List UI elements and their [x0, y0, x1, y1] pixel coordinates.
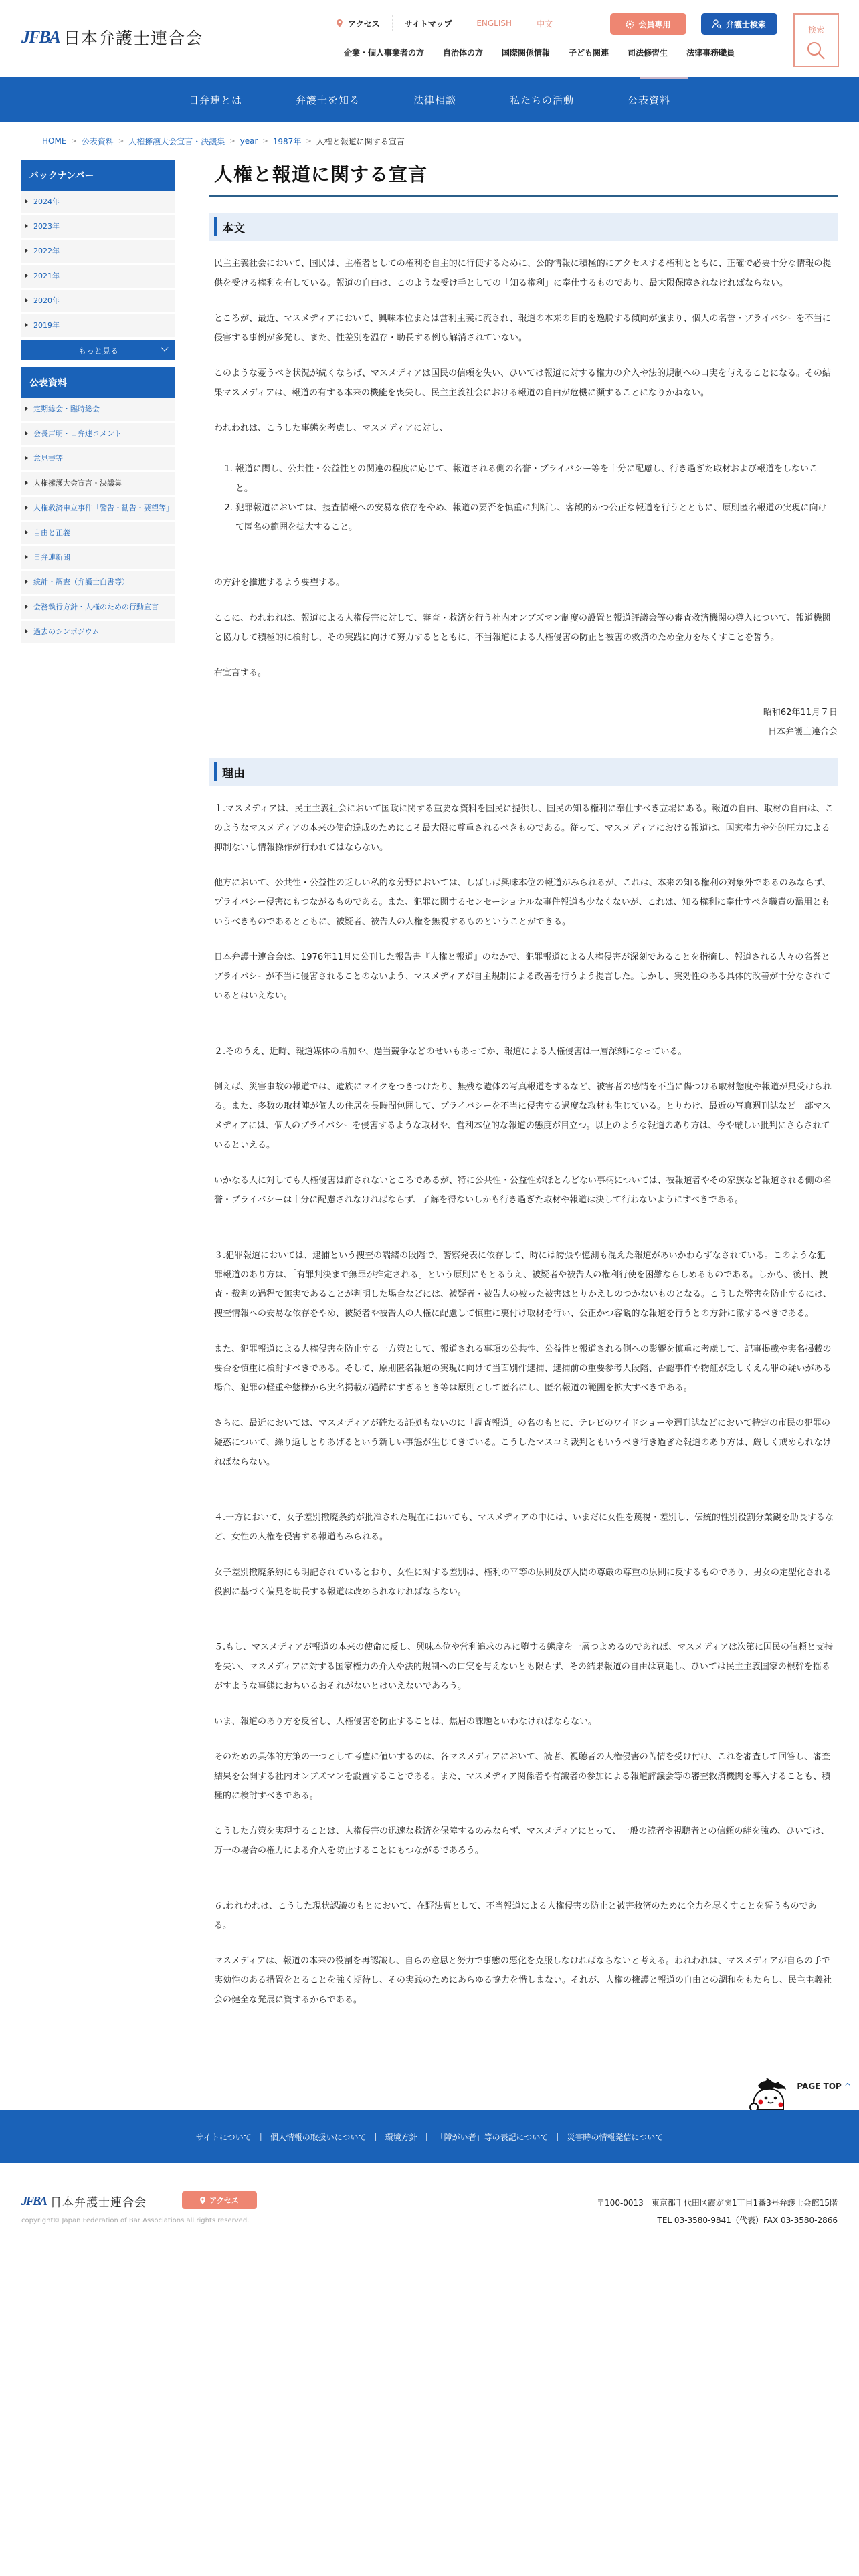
pub-label: 会務執行方針・人権のための行動宣言	[33, 601, 159, 613]
section-heading-text: 本文	[222, 219, 245, 235]
pub-item-newspaper[interactable]: 日弁連新聞	[21, 546, 175, 571]
heading-accent-bar	[214, 762, 217, 781]
util-link-chinese[interactable]: 中文	[524, 15, 565, 31]
pub-item-opinions[interactable]: 意見書等	[21, 447, 175, 472]
gear-icon	[626, 20, 634, 29]
section-heading-honbun: 本文	[209, 213, 838, 241]
paragraph: いかなる人に対しても人権侵害は許されないところであるが、特に公共性・公益性がほと…	[209, 1171, 838, 1210]
site-search-button[interactable]: 検索	[793, 13, 839, 67]
show-more-label: もっと見る	[78, 345, 118, 356]
year-label: 2023年	[33, 221, 60, 233]
breadcrumb-current: 人権と報道に関する宣言	[316, 136, 405, 147]
section-heading-riyu: 理由	[209, 758, 838, 786]
sidebar: バックナンバー 2024年 2023年 2022年 2021年 2020年 20…	[21, 160, 175, 2010]
declaration-signer: 日本弁護士連合会	[214, 722, 838, 742]
footer-bottom: JFBA 日本弁護士連合会 アクセス copyright© Japan Fede…	[0, 2163, 859, 2224]
paragraph: 右宣言する。	[209, 663, 838, 683]
caret-right-icon	[25, 555, 28, 559]
paragraph: 女子差別撤廃条約にも明記されているとおり、女性に対する差別は、権利の平等の原則及…	[209, 1563, 838, 1602]
paragraph: ６.われわれは、こうした現状認識のもとにおいて、在野法曹として、不当報道による人…	[209, 1897, 838, 1935]
nav-legal-consultation[interactable]: 法律相談	[387, 93, 483, 107]
backnumber-heading: バックナンバー	[21, 160, 175, 191]
paragraph: ４.一方において、女子差別撤廃条約が批准された現在においても、マスメディアの中に…	[209, 1508, 838, 1547]
paragraph: 他方において、公共性・公益性の乏しい私的な分野においては、しばしば興味本位の報道…	[209, 873, 838, 932]
publications-heading: 公表資料	[21, 367, 175, 398]
footer-site-name: 日本弁護士連合会	[50, 2193, 147, 2210]
caret-right-icon	[25, 298, 28, 302]
postal-address: 〒100-0013 東京都千代田区霞が関1丁目1番3号弁護士会館15階	[597, 2194, 838, 2212]
lawyer-search-button[interactable]: 弁護士検索	[701, 13, 777, 35]
heading-accent-bar	[214, 217, 217, 236]
lawyer-search-label: 弁護士検索	[726, 19, 766, 30]
breadcrumb-separator: >	[118, 138, 124, 145]
breadcrumb-1987[interactable]: 1987年	[273, 136, 302, 147]
util-link-english[interactable]: ENGLISH	[464, 15, 524, 31]
site-header: JFBA 日本弁護士連合会 アクセス サイトマップ ENGLISH 中文 会員専…	[0, 0, 859, 77]
member-only-label: 会員専用	[638, 19, 670, 30]
footer-separator: |	[556, 2132, 559, 2141]
breadcrumb-separator: >	[71, 138, 76, 145]
audience-link-business[interactable]: 企業・個人事業者の方	[335, 47, 434, 58]
paragraph: ２.そのうえ、近時、報道媒体の増加や、過当競争などのせいもあってか、報道による人…	[209, 1042, 838, 1061]
audience-nav: 企業・個人事業者の方 自治体の方 国際関係情報 子ども関連 司法修習生 法律事務…	[335, 47, 744, 58]
pub-label: 過去のシンポジウム	[33, 626, 100, 638]
pub-label: 会長声明・日弁連コメント	[33, 428, 122, 440]
audience-link-legal-staff[interactable]: 法律事務職員	[677, 47, 744, 58]
footer-link-disability-notation[interactable]: 「障がい者」等の表記について	[436, 2131, 549, 2143]
year-item-2023[interactable]: 2023年	[21, 215, 175, 240]
caret-right-icon	[25, 629, 28, 633]
person-search-icon	[712, 19, 722, 29]
paragraph: われわれは、こうした事態を考慮し、マスメディアに対し、	[209, 419, 838, 438]
pub-item-declarations[interactable]: 人権擁護大会宣言・決議集	[21, 472, 175, 497]
caret-right-icon	[25, 323, 28, 327]
paragraph: 民主主義社会において、国民は、主権者としての権利を自主的に行使するために、公的情…	[209, 254, 838, 293]
member-only-button[interactable]: 会員専用	[610, 13, 686, 35]
page-top-area: PAGE TOP ^	[0, 2056, 859, 2110]
pub-label: 日弁連新聞	[33, 552, 70, 564]
caret-right-icon	[25, 274, 28, 278]
paragraph: そのための具体的方策の一つとして考慮に値いするのは、各マスメディアにおいて、読者…	[209, 1747, 838, 1806]
footer-separator: |	[260, 2132, 262, 2141]
util-link-label: アクセス	[348, 18, 380, 29]
caret-right-icon	[25, 224, 28, 228]
pub-item-policy[interactable]: 会務執行方針・人権のための行動宣言	[21, 596, 175, 621]
year-item-2022[interactable]: 2022年	[21, 240, 175, 265]
caret-right-icon	[25, 456, 28, 460]
paragraph: マスメディアは、報道の本来の役割を再認識し、自らの意思と努力で事態の悪化を克服し…	[209, 1951, 838, 2010]
audience-link-trainees[interactable]: 司法修習生	[618, 47, 677, 58]
mascot-icon	[746, 2076, 794, 2110]
pub-item-president-statements[interactable]: 会長声明・日弁連コメント	[21, 423, 175, 447]
signature-block: 昭和62年11月７日 日本弁護士連合会	[209, 703, 838, 742]
year-item-2020[interactable]: 2020年	[21, 290, 175, 314]
chevron-up-icon: ^	[844, 2082, 851, 2091]
paragraph: 日本弁護士連合会は、1976年11月に公刊した報告書『人権と報道』のなかで、犯罪…	[209, 948, 838, 1006]
year-list: 2024年 2023年 2022年 2021年 2020年 2019年	[21, 191, 175, 339]
page-layout: バックナンバー 2024年 2023年 2022年 2021年 2020年 20…	[0, 148, 859, 2010]
footer-access-button[interactable]: アクセス	[182, 2191, 257, 2209]
site-footer: サイトについて | 個人情報の取扱いについて | 環境方針 | 「障がい者」等の…	[0, 2110, 859, 2224]
copyright-text: copyright© Japan Federation of Bar Assoc…	[21, 2217, 249, 2224]
year-item-2024[interactable]: 2024年	[21, 191, 175, 215]
chevron-down-icon	[161, 344, 168, 351]
footer-link-disaster-info[interactable]: 災害時の情報発信について	[567, 2131, 663, 2143]
page-top-button[interactable]: PAGE TOP ^	[746, 2076, 851, 2110]
breadcrumb-publications[interactable]: 公表資料	[82, 136, 114, 147]
search-icon	[806, 41, 826, 61]
jfba-logo-mark: JFBA	[21, 2194, 46, 2208]
pub-label: 統計・調査（弁護士白書等）	[33, 576, 129, 588]
nav-active-indicator	[640, 77, 688, 79]
paragraph: １.マスメディアは、民主主義社会において国政に関する重要な資料を国民に提供し、国…	[209, 799, 838, 857]
list-item: 報道に関し、公共性・公益性との関連の程度に応じて、報道される側の名誉・プライバシ…	[235, 459, 834, 498]
pub-item-liberty-justice[interactable]: 自由と正義	[21, 522, 175, 546]
pub-label: 人権擁護大会宣言・決議集	[33, 477, 122, 490]
caret-right-icon	[25, 481, 28, 485]
paragraph: 例えば、災害事故の報道では、遺族にマイクをつきつけたり、無残な遺体の写真報道をす…	[209, 1077, 838, 1155]
paragraph: ５.もし、マスメディアが報道の本来の使命に反し、興味本位や営利追求のみに堕する態…	[209, 1638, 838, 1696]
breadcrumb-declarations[interactable]: 人権擁護大会宣言・決議集	[128, 136, 225, 147]
paragraph: また、犯罪報道による人権侵害を防止する一方策として、報道される事項の公共性、公益…	[209, 1339, 838, 1398]
paragraph: の方針を推進するよう要望する。	[209, 573, 838, 593]
year-label: 2024年	[33, 196, 60, 208]
nav-know-lawyers[interactable]: 弁護士を知る	[269, 93, 387, 107]
year-label: 2020年	[33, 295, 60, 307]
global-nav: 日弁連とは 弁護士を知る 法律相談 私たちの活動 公表資料	[0, 77, 859, 122]
publications-list: 定期総会・臨時総会 会長声明・日弁連コメント 意見書等 人権擁護大会宣言・決議集…	[21, 398, 175, 645]
audience-link-international[interactable]: 国際関係情報	[492, 47, 559, 58]
article: 人権と報道に関する宣言 本文 民主主義社会において、国民は、主権者としての権利を…	[209, 160, 838, 2010]
breadcrumb-separator: >	[306, 138, 311, 145]
caret-right-icon	[25, 530, 28, 534]
caret-right-icon	[25, 431, 28, 435]
footer-separator: |	[375, 2132, 377, 2141]
jfba-logo-mark: JFBA	[21, 27, 60, 47]
nav-activities[interactable]: 私たちの活動	[483, 93, 601, 107]
paragraph: ここに、われわれは、報道による人権侵害に対して、審査・救済を行う社内オンブズマン…	[209, 609, 838, 647]
footer-link-environment[interactable]: 環境方針	[385, 2131, 417, 2143]
footer-separator: |	[425, 2132, 428, 2141]
pub-item-general-meeting[interactable]: 定期総会・臨時総会	[21, 398, 175, 423]
search-label: 検索	[808, 24, 824, 35]
breadcrumb: HOME > 公表資料 > 人権擁護大会宣言・決議集 > year > 1987…	[0, 122, 859, 148]
caret-right-icon	[25, 199, 28, 203]
audience-link-municipality[interactable]: 自治体の方	[434, 47, 492, 58]
page-top-label: PAGE TOP ^	[797, 2082, 851, 2091]
paragraph: こうした方策を実現することは、人権侵害の迅速な救済を保障するのみならず、マスメデ…	[209, 1822, 838, 1860]
breadcrumb-home[interactable]: HOME	[42, 136, 66, 146]
pub-label: 自由と正義	[33, 527, 70, 539]
section-heading-text: 理由	[222, 764, 245, 780]
paragraph: さらに、最近においては、マスメディアが確たる証拠もないのに「調査報道」の名のもと…	[209, 1414, 838, 1472]
caret-right-icon	[25, 407, 28, 411]
site-logo[interactable]: JFBA 日本弁護士連合会	[21, 25, 203, 49]
show-more-button[interactable]: もっと見る	[21, 340, 175, 360]
year-label: 2019年	[33, 320, 60, 332]
demand-list: 報道に関し、公共性・公益性との関連の程度に応じて、報道される側の名誉・プライバシ…	[209, 459, 838, 537]
footer-nav: サイトについて | 個人情報の取扱いについて | 環境方針 | 「障がい者」等の…	[0, 2110, 859, 2163]
footer-link-about-site[interactable]: サイトについて	[196, 2131, 252, 2143]
caret-right-icon	[25, 580, 28, 584]
paragraph: ところが、最近、マスメディアにおいて、興味本位または営利主義に流され、報道の本来…	[209, 309, 838, 348]
year-label: 2022年	[33, 245, 60, 257]
pub-label: 意見書等	[33, 453, 63, 465]
site-name: 日本弁護士連合会	[64, 25, 203, 49]
audience-link-children[interactable]: 子ども関連	[559, 47, 618, 58]
footer-logo[interactable]: JFBA 日本弁護士連合会	[21, 2193, 147, 2210]
pub-item-statistics[interactable]: 統計・調査（弁護士白書等）	[21, 571, 175, 596]
year-item-2021[interactable]: 2021年	[21, 265, 175, 290]
paragraph: このような憂うべき状況が続くならば、マスメディアは国民の信頼を失い、ひいては報道…	[209, 364, 838, 403]
pub-item-symposiums[interactable]: 過去のシンポジウム	[21, 621, 175, 645]
nav-about[interactable]: 日弁連とは	[162, 93, 269, 107]
util-link-sitemap[interactable]: サイトマップ	[393, 15, 465, 31]
pub-label: 人権救済申立事件「警告・勧告・要望等」	[33, 502, 170, 514]
caret-right-icon	[25, 249, 28, 253]
util-link-access[interactable]: アクセス	[324, 15, 393, 31]
address-block: 〒100-0013 東京都千代田区霞が関1丁目1番3号弁護士会館15階 TEL …	[597, 2194, 838, 2229]
paragraph: ３.犯罪報道においては、逮捕という捜査の端緒の段階で、警察発表に依存して、時には…	[209, 1246, 838, 1323]
year-item-2019[interactable]: 2019年	[21, 314, 175, 339]
caret-right-icon	[25, 605, 28, 609]
breadcrumb-separator: >	[262, 138, 268, 145]
footer-access-label: アクセス	[209, 2195, 239, 2206]
utility-nav: アクセス サイトマップ ENGLISH 中文	[324, 12, 565, 35]
declaration-date: 昭和62年11月７日	[214, 703, 838, 722]
pub-item-human-rights-cases[interactable]: 人権救済申立事件「警告・勧告・要望等」	[21, 497, 175, 522]
footer-link-privacy[interactable]: 個人情報の取扱いについて	[270, 2131, 367, 2143]
paragraph: いま、報道のあり方を反省し、人権侵害を防止することは、焦眉の課題といわなければな…	[209, 1712, 838, 1731]
map-pin-icon	[337, 19, 343, 27]
nav-publications[interactable]: 公表資料	[601, 93, 697, 107]
phone-fax: TEL 03-3580-9841（代表）FAX 03-3580-2866	[597, 2212, 838, 2229]
pub-label: 定期総会・臨時総会	[33, 403, 100, 415]
map-pin-icon	[200, 2197, 205, 2204]
caret-right-icon	[25, 506, 28, 510]
breadcrumb-separator: >	[229, 138, 235, 145]
year-label: 2021年	[33, 270, 60, 282]
list-item: 犯罪報道においては、捜査情報への安易な依存をやめ、報道の要否を慎重に判断し、客観…	[235, 498, 834, 537]
page-title: 人権と報道に関する宣言	[209, 160, 838, 197]
breadcrumb-year[interactable]: year	[240, 136, 258, 146]
